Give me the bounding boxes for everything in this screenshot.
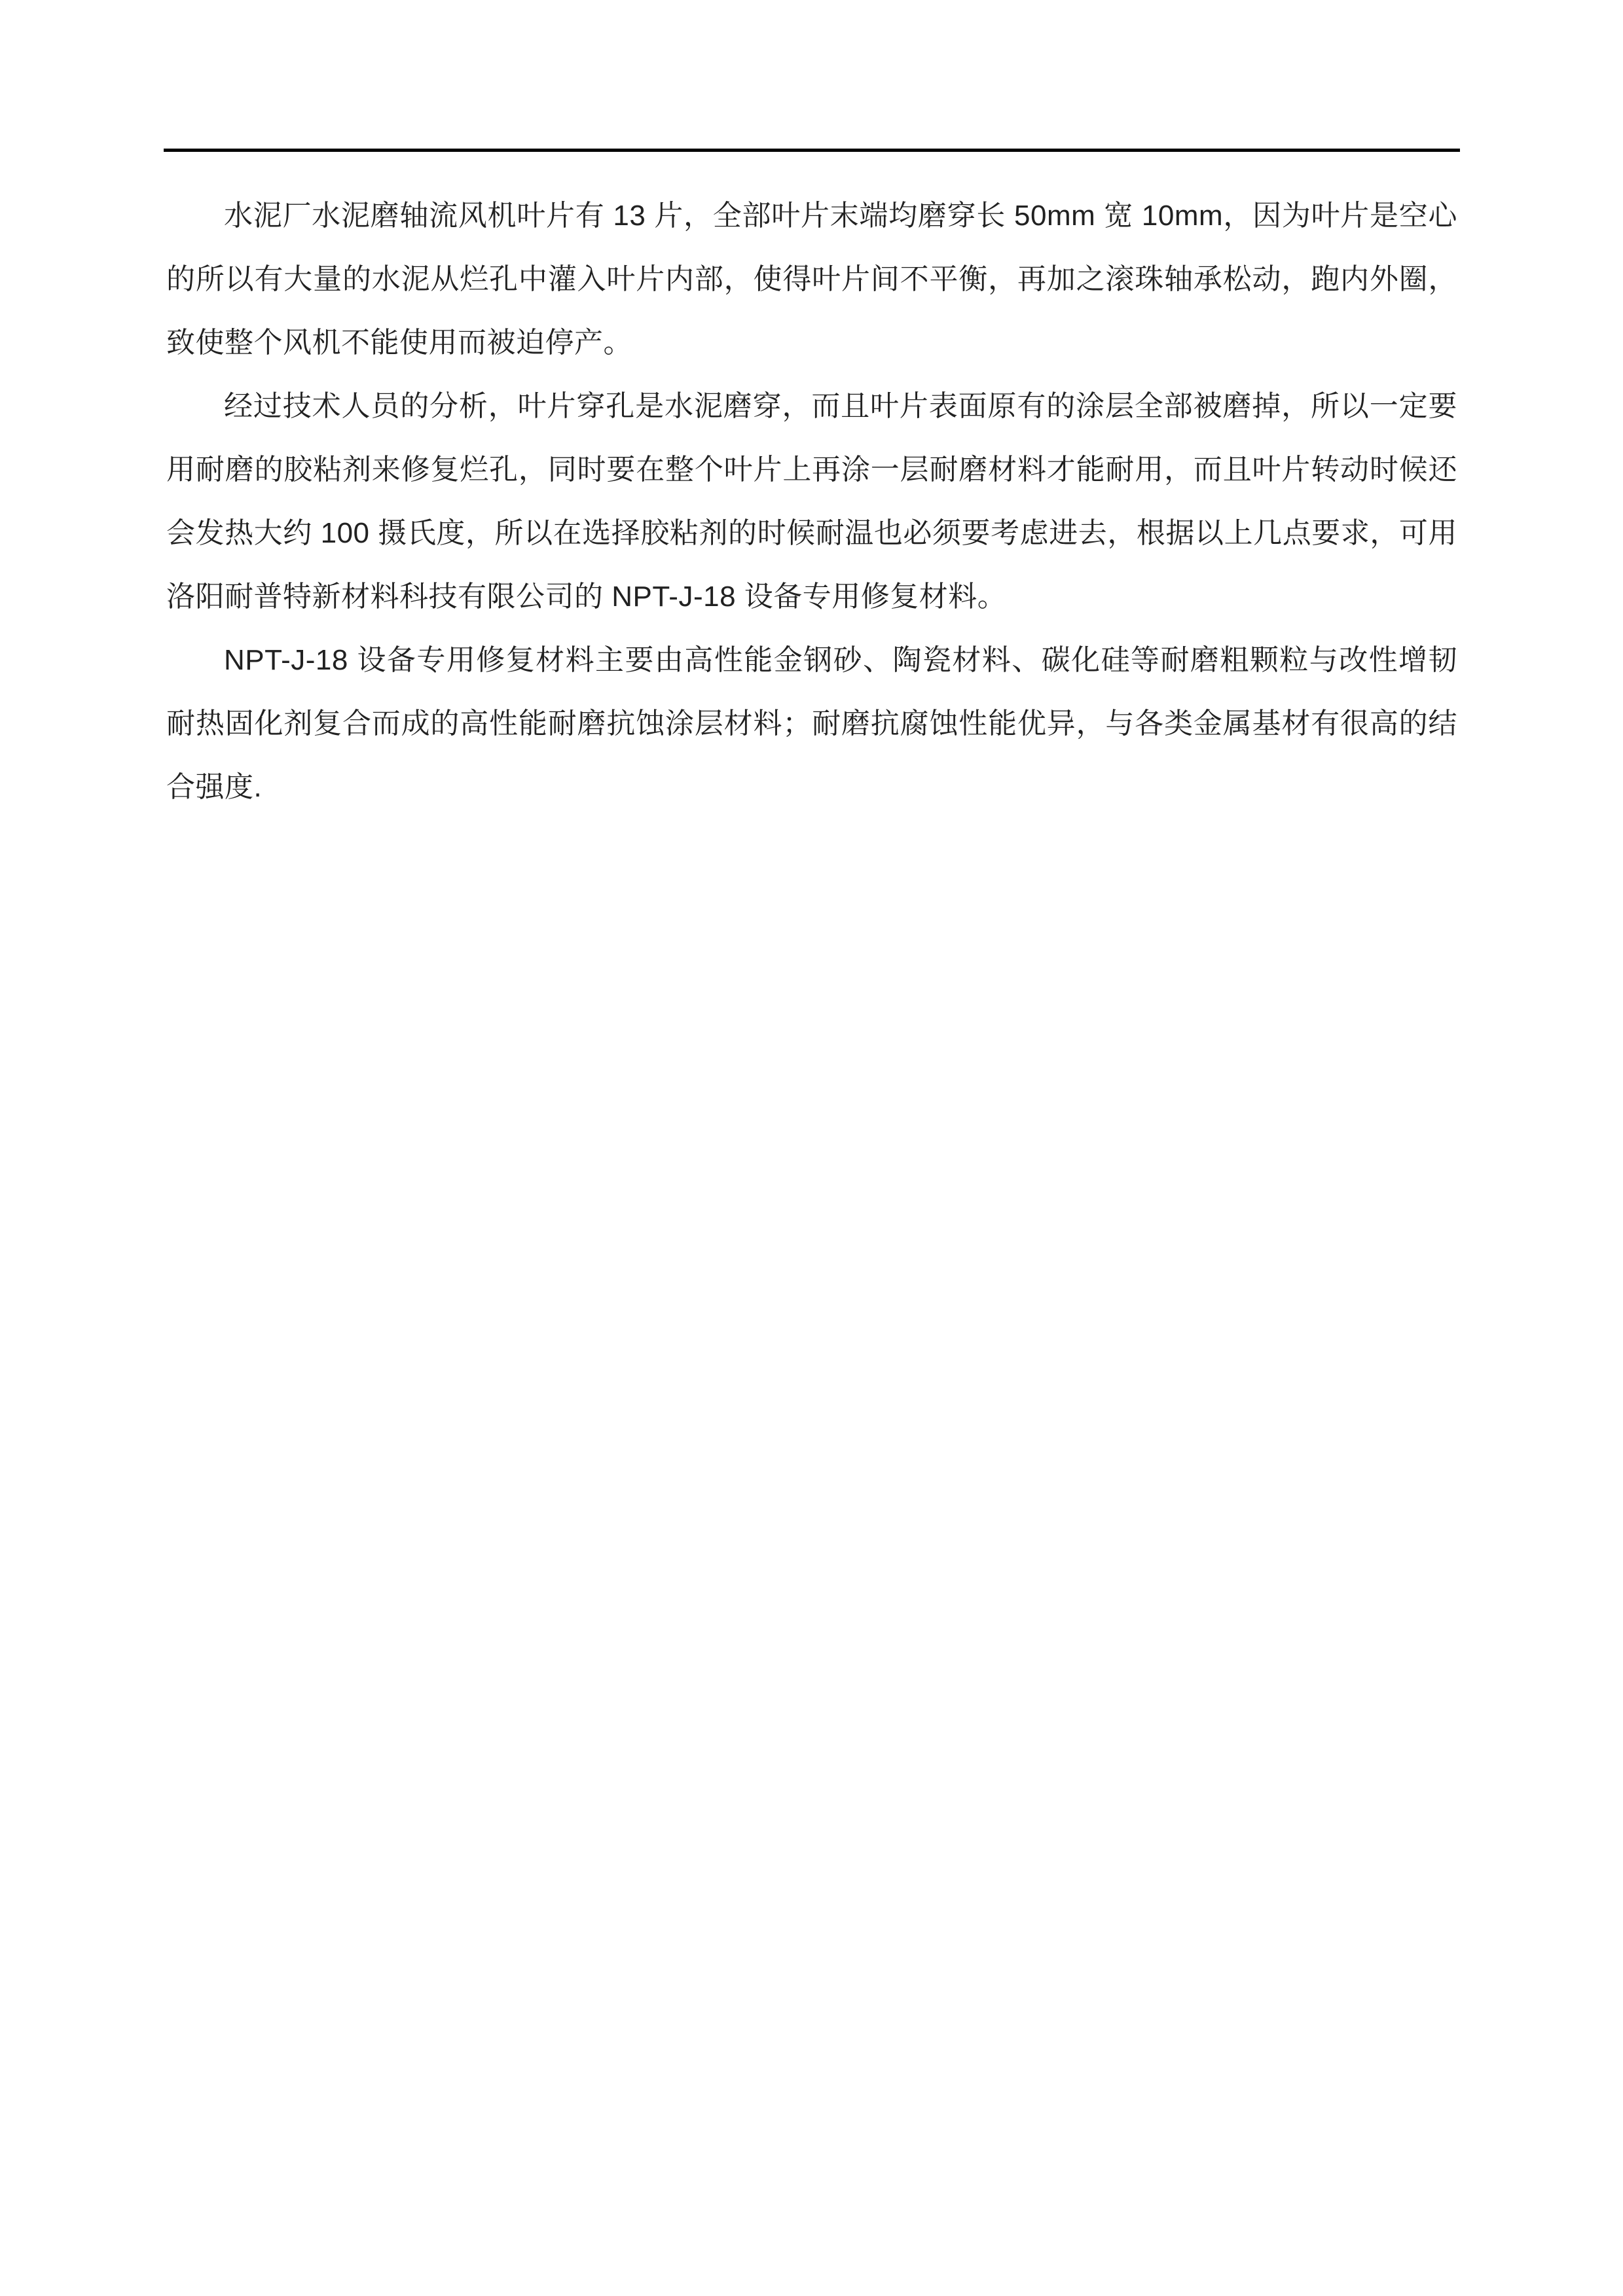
paragraph-2: 经过技术人员的分析，叶片穿孔是水泥磨穿，而且叶片表面原有的涂层全部被磨掉，所以一…	[166, 374, 1457, 628]
paragraph-1: 水泥厂水泥磨轴流风机叶片有 13 片，全部叶片末端均磨穿长 50mm 宽 10m…	[166, 184, 1457, 374]
header-rule	[164, 149, 1460, 152]
document-page: 水泥厂水泥磨轴流风机叶片有 13 片，全部叶片末端均磨穿长 50mm 宽 10m…	[0, 0, 1623, 2296]
document-body: 水泥厂水泥磨轴流风机叶片有 13 片，全部叶片末端均磨穿长 50mm 宽 10m…	[166, 184, 1457, 819]
paragraph-3: NPT-J-18 设备专用修复材料主要由高性能金钢砂、陶瓷材料、碳化硅等耐磨粗颗…	[166, 628, 1457, 819]
